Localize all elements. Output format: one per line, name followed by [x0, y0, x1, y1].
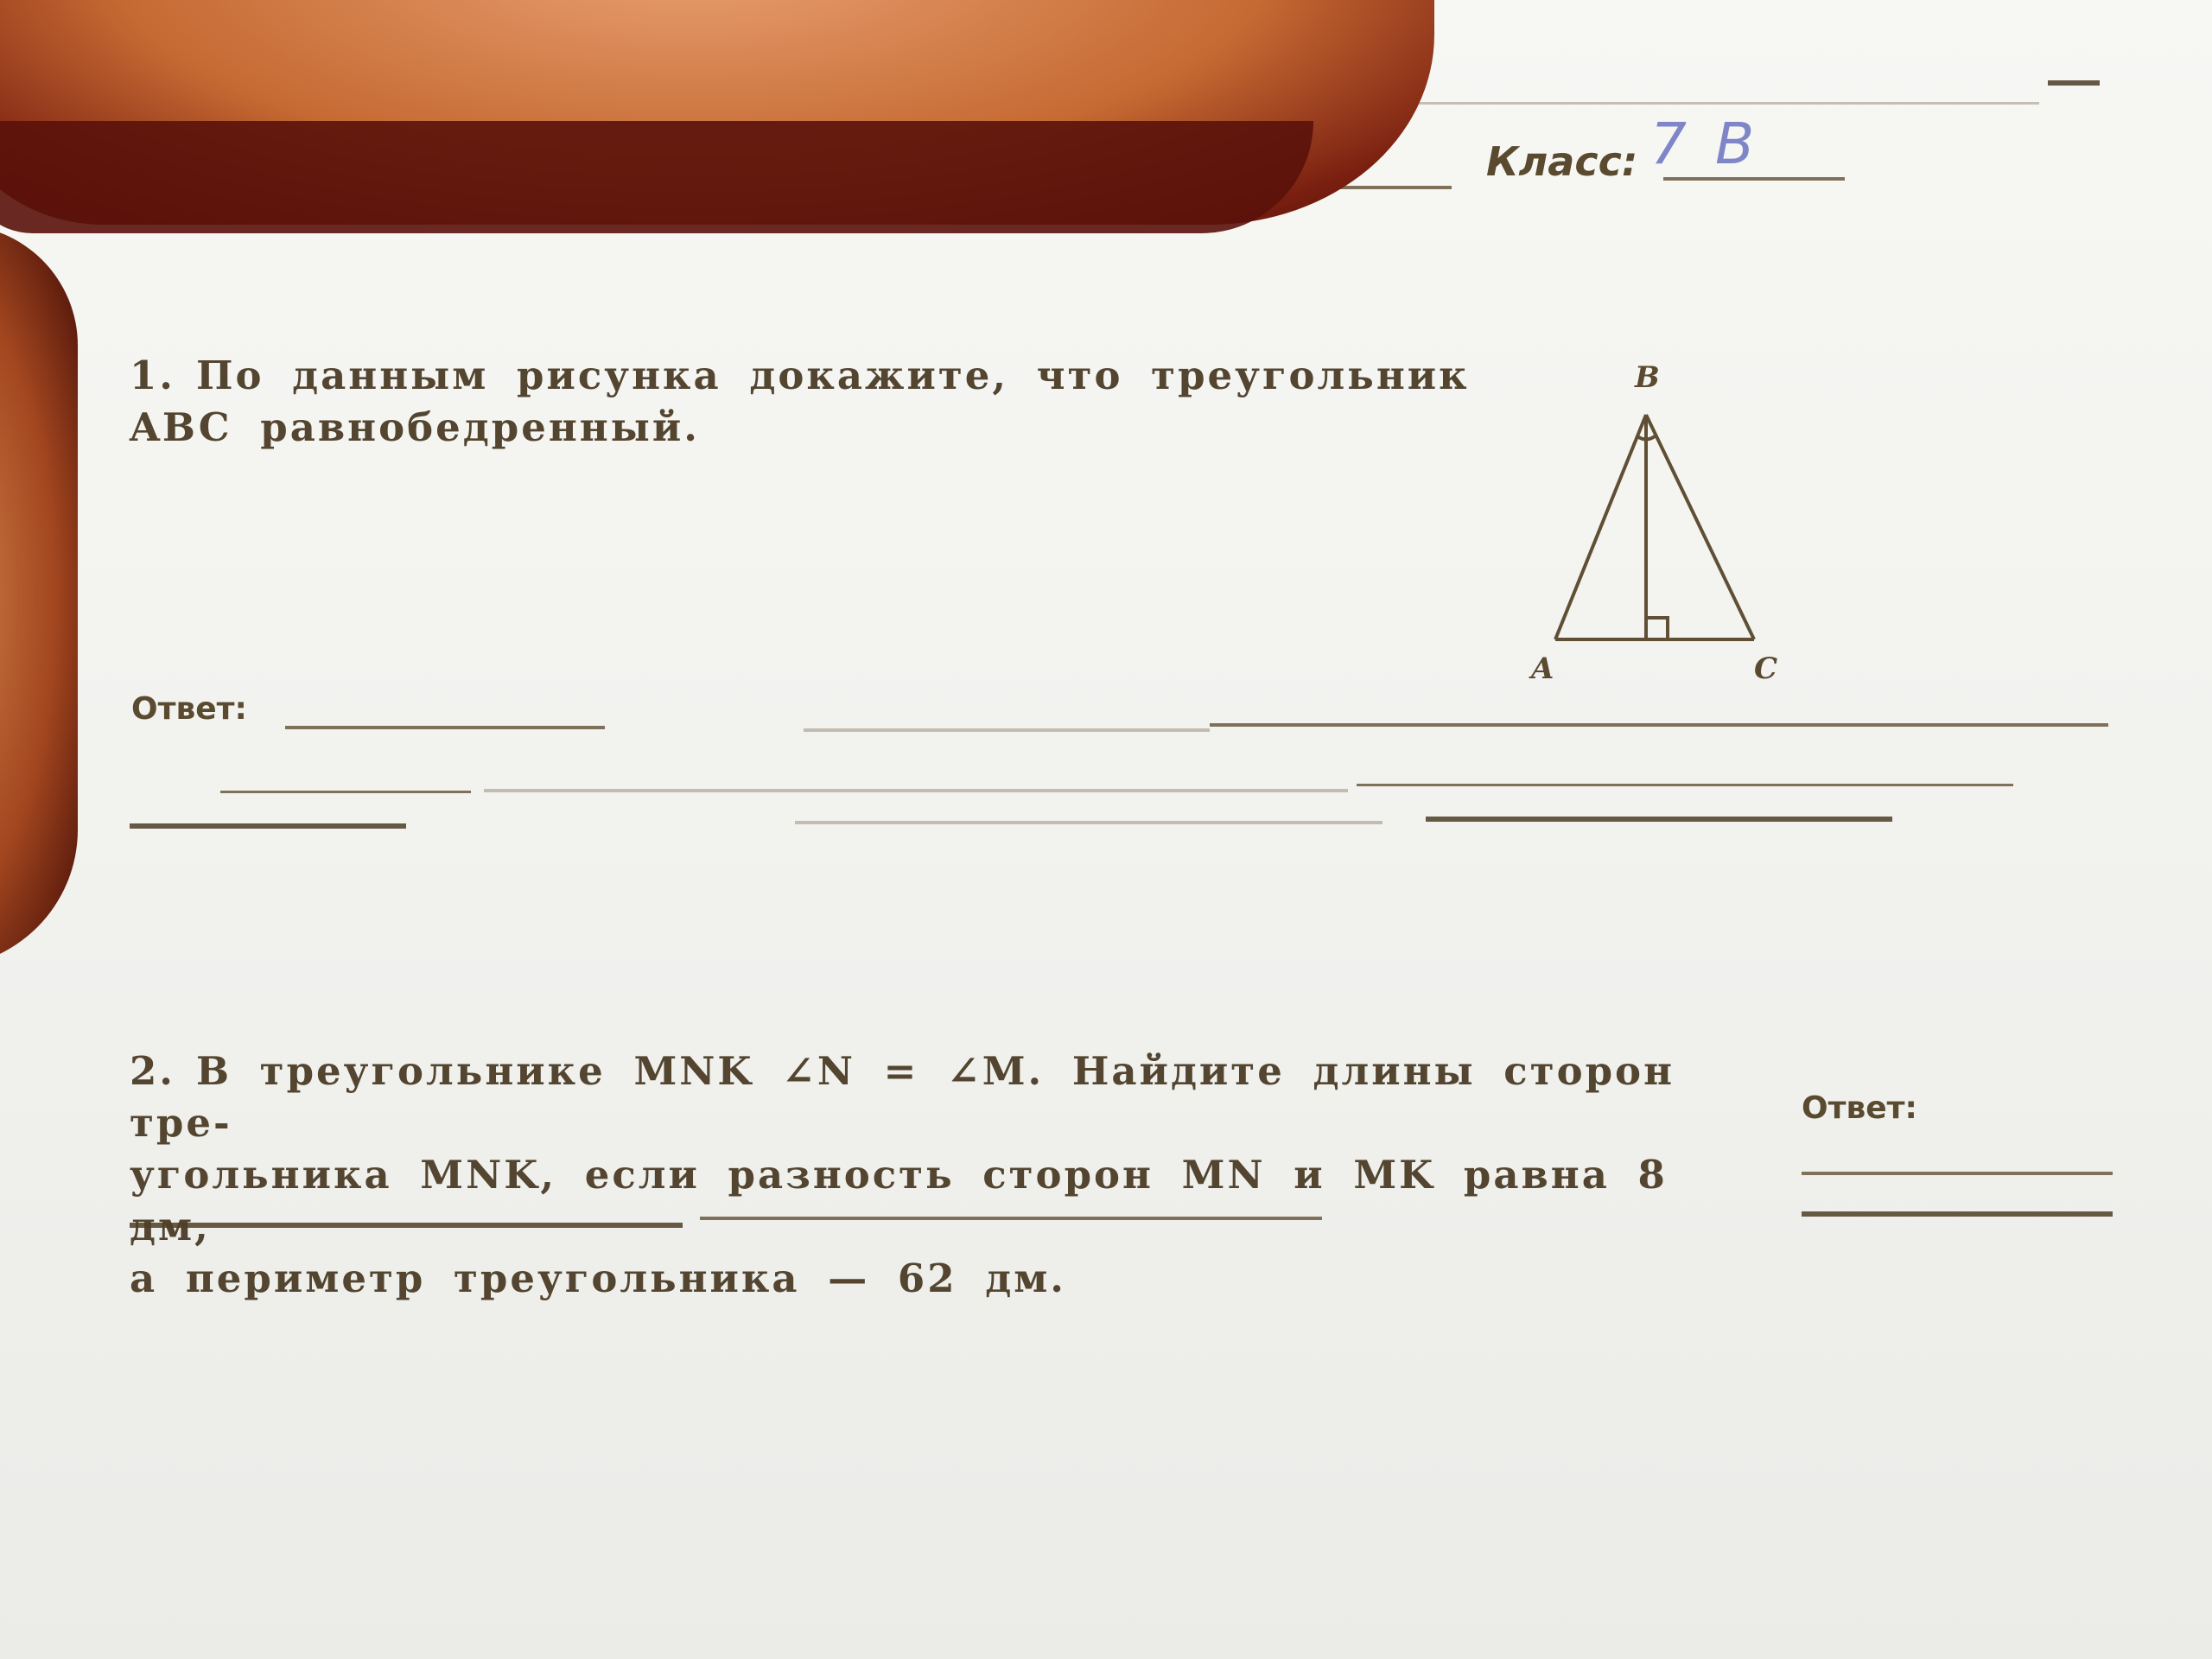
- task-1-answer-line-3[interactable]: [130, 823, 406, 829]
- task-1-answer-line-3c[interactable]: [1426, 817, 1892, 822]
- vertex-b-label: B: [1634, 360, 1660, 395]
- hand-edge-occlusion: [0, 225, 78, 968]
- task-1-answer-line-2[interactable]: [220, 791, 471, 793]
- task-2-answer-label: Ответ:: [1802, 1090, 1917, 1126]
- task-2-line-3: а периметр треугольника — 62 дм.: [130, 1253, 1771, 1305]
- task-1-number: 1.: [130, 353, 175, 398]
- task-1-answer-line-1c[interactable]: [1210, 723, 2108, 727]
- corner-mark: [2048, 80, 2100, 86]
- task-2-answer-line-3[interactable]: [130, 1223, 683, 1228]
- task-1-text: По данным рисунка докажите, что треуголь…: [196, 353, 1470, 398]
- task-1-answer-line-2c[interactable]: [1357, 784, 2013, 786]
- finger-shadow: [0, 121, 1313, 233]
- worksheet-page: [0, 0, 2212, 1659]
- task-2-line-1: 2.В треугольнике MNK ∠N = ∠M. Найдите дл…: [130, 1046, 1771, 1149]
- header-top-rule: [1382, 102, 2039, 105]
- task-2-answer-line-3b[interactable]: [700, 1217, 1322, 1220]
- class-label: Класс:: [1486, 138, 1637, 185]
- task-1-answer-line-1[interactable]: [285, 726, 605, 729]
- task-2-line-2: угольника MNK, если разность сторон MN и…: [130, 1149, 1771, 1253]
- task-1-line-2: ABC равнобедренный.: [130, 402, 1478, 454]
- task-2-text: В треугольнике MNK ∠N = ∠M. Найдите длин…: [130, 1048, 1675, 1146]
- task-1-answer-line-3b: [795, 821, 1382, 824]
- task-2-number: 2.: [130, 1048, 175, 1094]
- task-1-answer-line-2b: [484, 789, 1348, 792]
- task-2-answer-line-1[interactable]: [1802, 1172, 2113, 1175]
- class-answer-line: [1663, 177, 1845, 181]
- task-1-answer-line-1b: [804, 728, 1210, 732]
- task-2: 2.В треугольнике MNK ∠N = ∠M. Найдите дл…: [130, 1046, 1771, 1305]
- task-1: 1.По данным рисунка докажите, что треуго…: [130, 350, 1478, 454]
- task-2-answer-line-2[interactable]: [1802, 1211, 2113, 1217]
- vertex-a-label: A: [1529, 652, 1554, 686]
- class-value-handwritten: 7 В: [1650, 111, 1759, 177]
- triangle-abc-figure: B A C: [1486, 346, 1832, 691]
- task-1-line-1: 1.По данным рисунка докажите, что треуго…: [130, 350, 1478, 402]
- vertex-c-label: C: [1754, 652, 1777, 686]
- task-1-answer-label: Ответ:: [131, 691, 247, 727]
